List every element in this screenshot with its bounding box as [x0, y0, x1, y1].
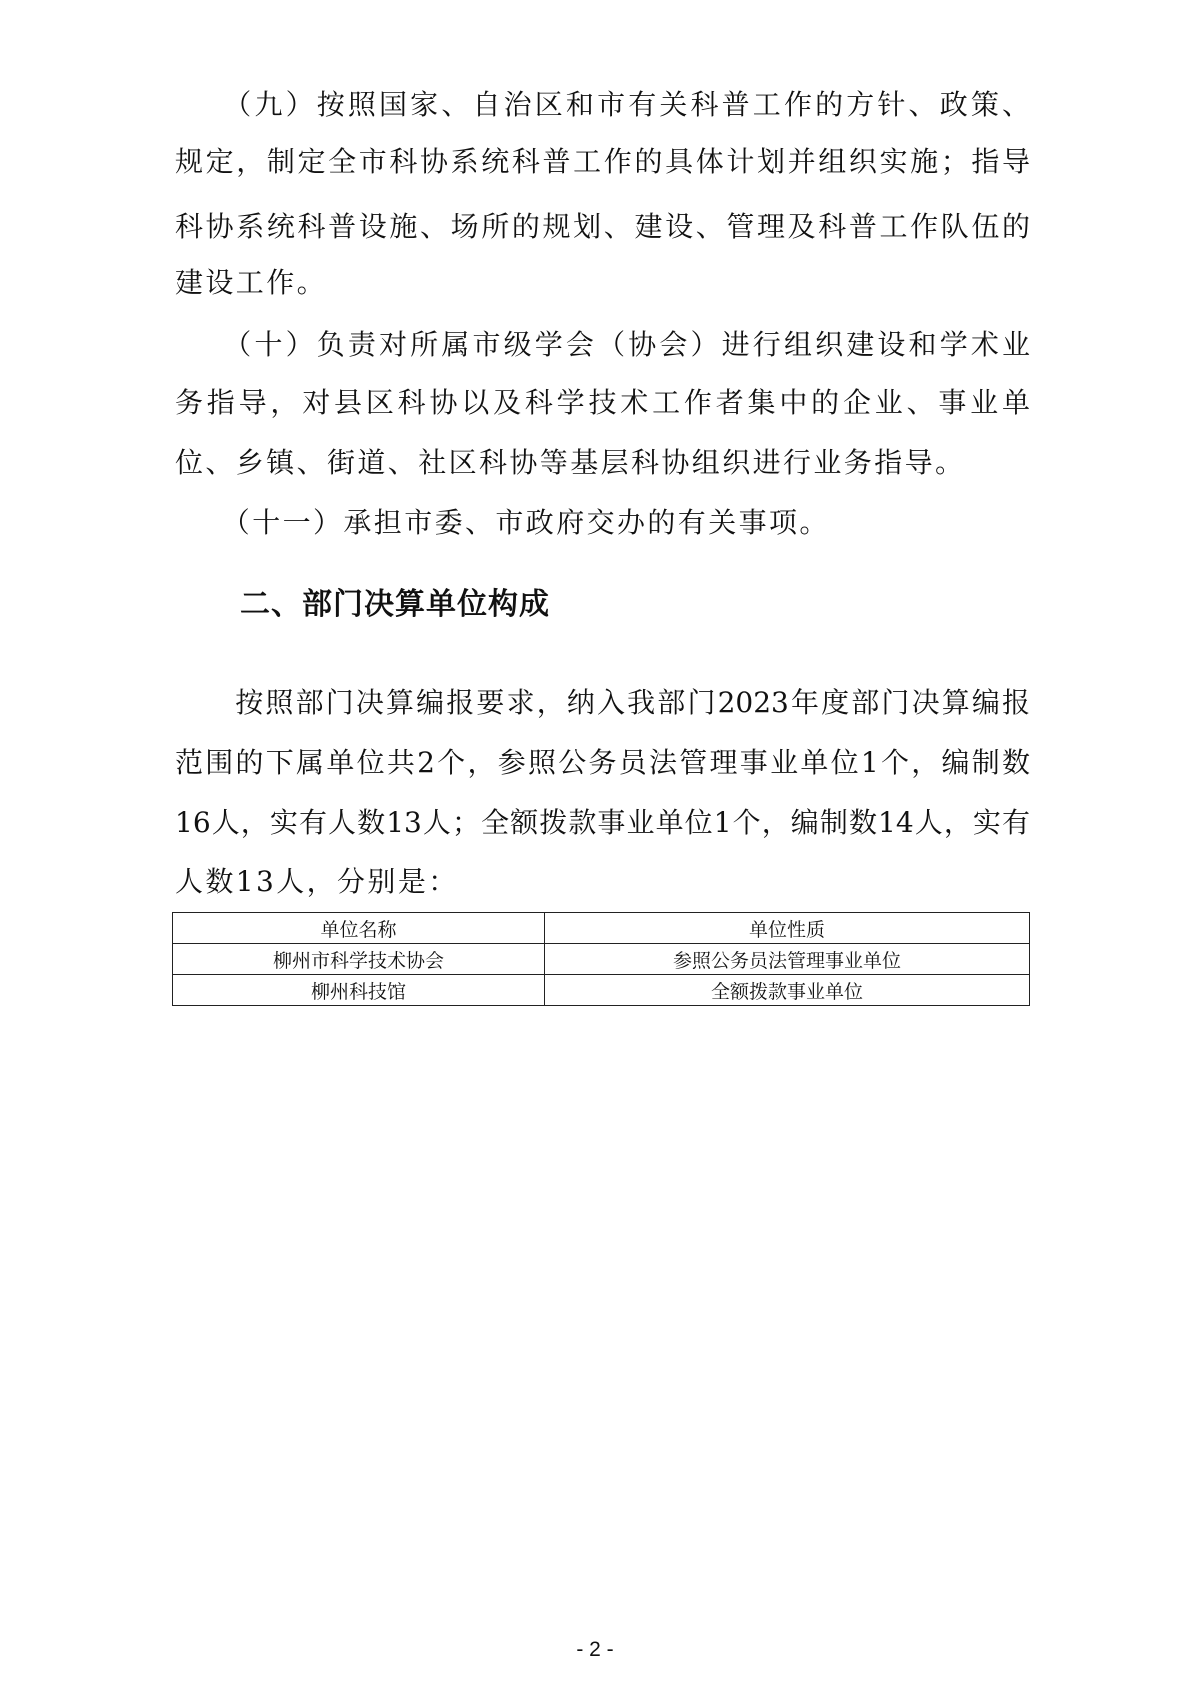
cell-unit-type: 全额拨款事业单位	[545, 975, 1030, 1006]
cell-unit-name: 柳州市科学技术协会	[173, 944, 545, 975]
cell-unit-type: 参照公务员法管理事业单位	[545, 944, 1030, 975]
text-line: （十）负责对所属市级学会（协会）进行组织建设和学术业	[175, 325, 1030, 365]
text-line: 务指导，对县区科协以及科学技术工作者集中的企业、事业单	[175, 383, 1030, 423]
text-line: （十一）承担市委、市政府交办的有关事项。	[175, 503, 1035, 543]
text-line: 按照部门决算编报要求，纳入我部门2023年度部门决算编报	[175, 683, 1030, 723]
header-unit-name: 单位名称	[173, 913, 545, 944]
section-heading: 二、部门决算单位构成	[240, 583, 550, 627]
text-line: 人数13人，分别是：	[175, 862, 1035, 902]
text-line: 位、乡镇、街道、社区科协等基层科协组织进行业务指导。	[175, 443, 1035, 483]
text-line: 16人，实有人数13人；全额拨款事业单位1个，编制数14人，实有	[175, 803, 1030, 843]
text-line: 规定，制定全市科协系统科普工作的具体计划并组织实施；指导	[175, 142, 1030, 182]
header-unit-type: 单位性质	[545, 913, 1030, 944]
table-row: 柳州科技馆 全额拨款事业单位	[173, 975, 1030, 1006]
text-line: 科协系统科普设施、场所的规划、建设、管理及科普工作队伍的	[175, 207, 1030, 247]
text-line: （九）按照国家、自治区和市有关科普工作的方针、政策、	[175, 85, 1030, 125]
table-row: 柳州市科学技术协会 参照公务员法管理事业单位	[173, 944, 1030, 975]
text-line: 建设工作。	[175, 263, 1035, 303]
cell-unit-name: 柳州科技馆	[173, 975, 545, 1006]
text-line: 范围的下属单位共2个，参照公务员法管理事业单位1个，编制数	[175, 743, 1030, 783]
units-table: 单位名称 单位性质 柳州市科学技术协会 参照公务员法管理事业单位 柳州科技馆 全…	[172, 912, 1030, 1006]
table-header-row: 单位名称 单位性质	[173, 913, 1030, 944]
page-number: - 2 -	[0, 1638, 1190, 1662]
